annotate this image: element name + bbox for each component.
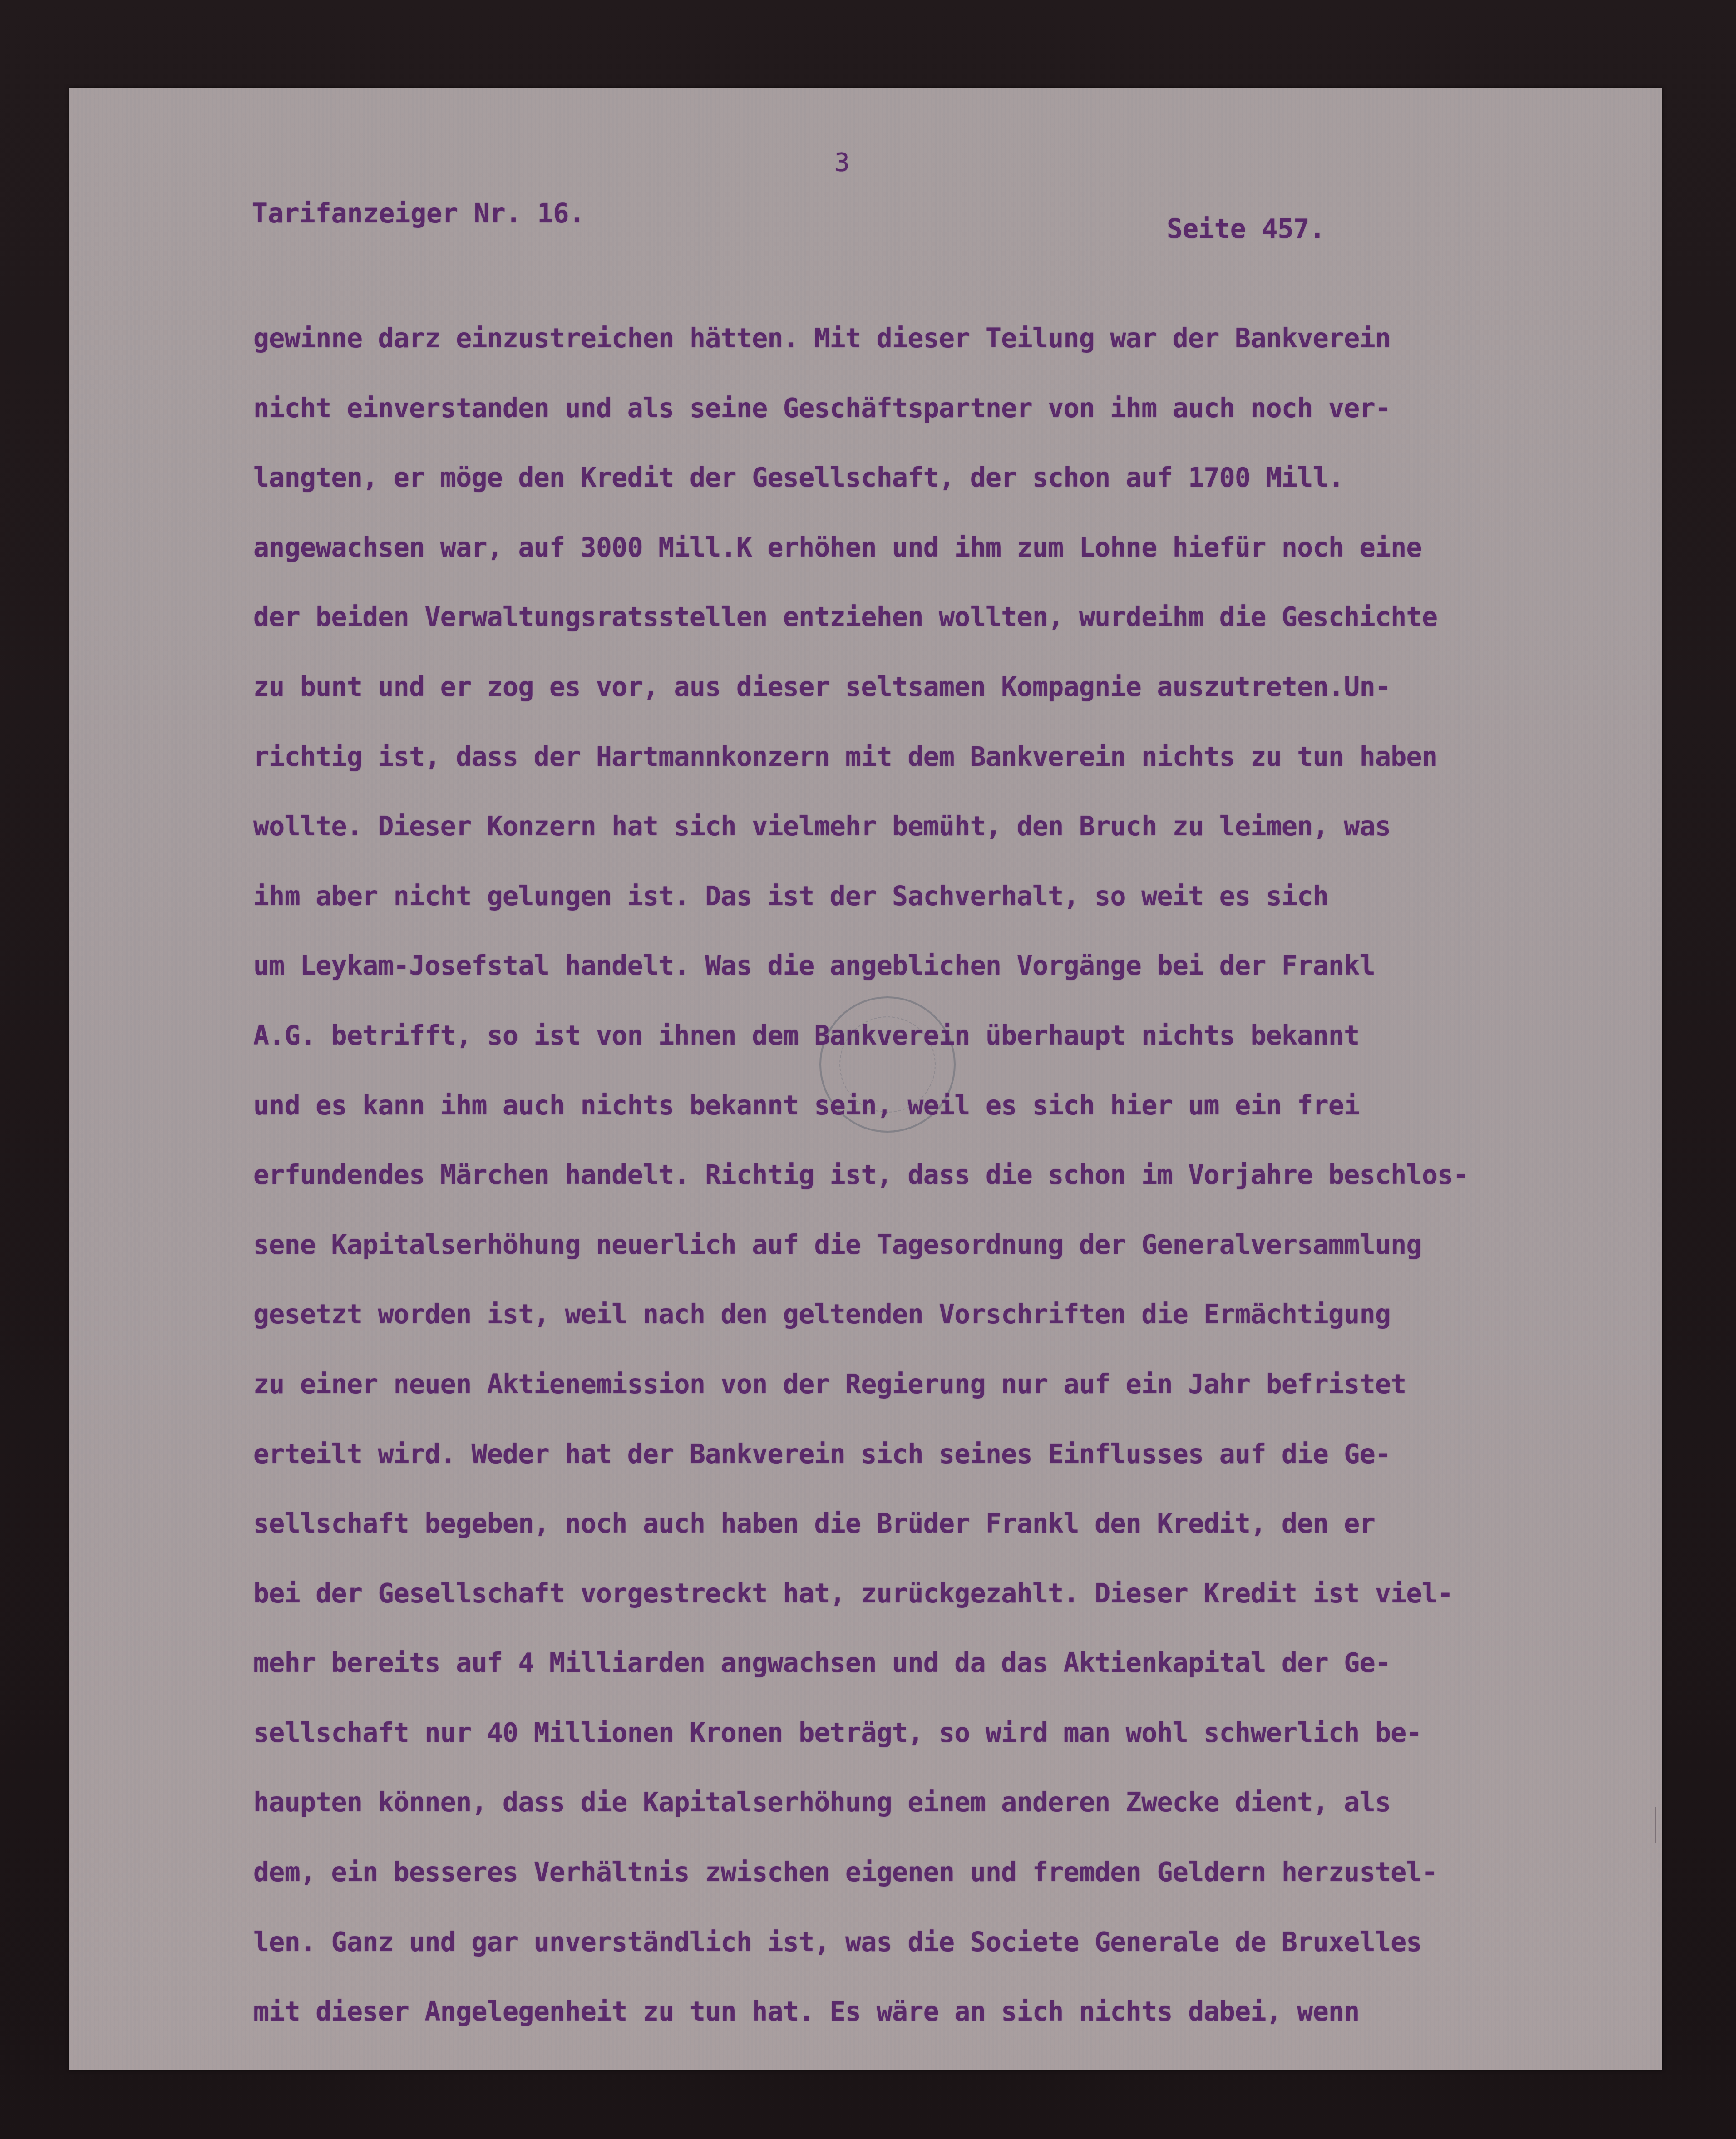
text-line: haupten können, dass die Kapitalserhöhun… bbox=[253, 1782, 1661, 1852]
text-line: angewachsen war, auf 3000 Mill.K erhöhen… bbox=[253, 527, 1661, 597]
text-line: gewinne darz einzustreichen hätten. Mit … bbox=[253, 318, 1661, 388]
text-line: sene Kapitalserhöhung neuerlich auf die … bbox=[253, 1224, 1661, 1294]
text-line: mit dieser Angelegenheit zu tun hat. Es … bbox=[253, 1991, 1661, 2061]
header-publication: Tarifanzeiger Nr. 16. bbox=[252, 198, 585, 229]
typed-body-text: gewinne darz einzustreichen hätten. Mit … bbox=[253, 318, 1661, 2061]
text-line: mehr bereits auf 4 Milliarden angwachsen… bbox=[253, 1642, 1661, 1712]
text-line: erteilt wird. Weder hat der Bankverein s… bbox=[253, 1434, 1661, 1503]
text-line: bei der Gesellschaft vorgestreckt hat, z… bbox=[253, 1573, 1661, 1643]
text-line: wollte. Dieser Konzern hat sich vielmehr… bbox=[253, 806, 1661, 876]
text-line: der beiden Verwaltungsratsstellen entzie… bbox=[253, 596, 1661, 666]
text-line: dem, ein besseres Verhältnis zwischen ei… bbox=[253, 1852, 1661, 1922]
text-line: A.G. betrifft, so ist von ihnen dem Bank… bbox=[253, 1015, 1661, 1085]
text-line: len. Ganz und gar unverständlich ist, wa… bbox=[253, 1922, 1661, 1991]
text-line: sellschaft begeben, noch auch haben die … bbox=[253, 1503, 1661, 1573]
text-line: um Leykam-Josefstal handelt. Was die ang… bbox=[253, 945, 1661, 1015]
text-line: zu bunt und er zog es vor, aus dieser se… bbox=[253, 666, 1661, 736]
text-line: erfundendes Märchen handelt. Richtig ist… bbox=[253, 1154, 1661, 1224]
header-page-reference: Seite 457. bbox=[1167, 213, 1325, 244]
text-line: richtig ist, dass der Hartmannkonzern mi… bbox=[253, 736, 1661, 806]
text-line: gesetzt worden ist, weil nach den gelten… bbox=[253, 1294, 1661, 1364]
text-line: ihm aber nicht gelungen ist. Das ist der… bbox=[253, 876, 1661, 946]
text-line: sellschaft nur 40 Millionen Kronen beträ… bbox=[253, 1712, 1661, 1782]
page-number: 3 bbox=[834, 148, 850, 177]
text-line: nicht einverstanden und als seine Geschä… bbox=[253, 388, 1661, 458]
text-line: und es kann ihm auch nichts bekannt sein… bbox=[253, 1085, 1661, 1155]
text-line: zu einer neuen Aktienemission von der Re… bbox=[253, 1364, 1661, 1434]
text-line: langten, er möge den Kredit der Gesellsc… bbox=[253, 457, 1661, 527]
